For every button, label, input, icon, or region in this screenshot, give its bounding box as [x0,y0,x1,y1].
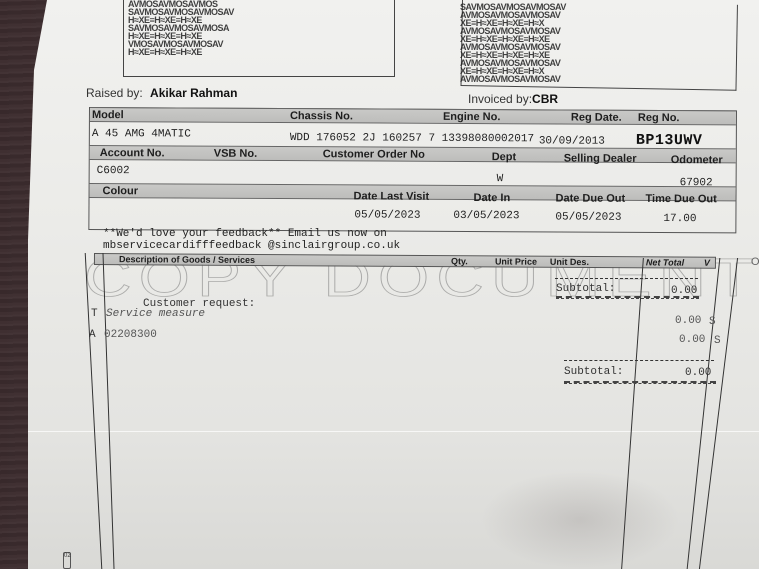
feedback-line-1: **We'd love your feedback** Email us now… [103,228,387,240]
model-value: A 45 AMG 4MATIC [92,128,191,141]
time-due-out-value: 17.00 [663,213,696,225]
header-colour: Colour [103,185,139,197]
vehicle-owner-address-redacted: SAVMOSAVMOSAVMOSAV AVMOSAVMOSAVMOSAV XE≡… [460,3,670,83]
invoiced-by: Invoiced by:CBR [468,92,558,106]
invoice-paper: AVMOSAVMOSAVMOS SAVMOSAVMOSAVMOSAV H≈XE≡… [0,0,759,569]
footer-stamp: 02 [63,552,71,569]
first-subtotal-top-rule [555,278,698,279]
header-unit-price: Unit Price [495,256,537,266]
header-vsb-no: VSB No. [214,148,257,160]
header-odometer: Odometer [671,154,723,166]
header-chassis-no: Chassis No. [290,110,353,122]
invoiced-by-value: CBR [532,92,558,106]
subtotal-value: 0.00 [685,367,711,379]
header-date-last-visit: Date Last Visit [354,190,430,202]
header-model: Model [92,109,124,121]
invoiced-by-label: Invoiced by: [468,92,532,106]
chassis-engine-value: WDD 176052 2J 160257 7 13398080002017 [290,132,534,145]
line-item-net-total: 0.00 [679,334,705,346]
line-item-type: A [89,329,96,341]
header-qty: Qty. [451,256,468,266]
header-selling-dealer: Selling Dealer [564,152,637,164]
customer-address-redacted: AVMOSAVMOSAVMOS SAVMOSAVMOSAVMOSAV H≈XE≡… [128,0,298,56]
vehicle-details-table: Model Chassis No. Engine No. Reg Date. R… [88,107,737,233]
header-dept: Dept [492,151,517,163]
header-net-total: Net Total [646,257,684,267]
dept-value: W [497,173,504,185]
vehicle-header-row-2: Account No. VSB No. Customer Order No De… [90,145,736,163]
header-unit-des: Unit Des. [550,257,589,267]
subtotal-label: Subtotal: [564,366,623,378]
reg-date-value: 30/09/2013 [539,135,605,147]
date-last-visit-value: 05/05/2023 [354,209,420,221]
line-item-vat-code: S [714,335,721,347]
vehicle-header-row-1: Model Chassis No. Engine No. Reg Date. R… [90,107,736,125]
vehicle-header-row-3: Colour Date Last Visit Date In Date Due … [90,183,736,201]
paper-fold-line [0,431,759,432]
raised-by: Raised by: Akikar Rahman [86,86,237,100]
paper-shadow [480,470,680,569]
header-reg-date: Reg Date. [571,112,622,124]
line-item-description: 02208300 [104,329,157,341]
line-item-net-total: 0.00 [675,315,701,327]
subtotal-bottom-rule [564,381,716,384]
header-date-due-out: Date Due Out [555,192,625,204]
line-item-vat-code: S [709,316,716,328]
first-subtotal-bottom-rule [556,296,699,299]
date-due-out-value: 05/05/2023 [555,211,621,223]
header-v: V [704,258,710,268]
account-no-value: C6002 [97,165,130,177]
raised-by-value: Akikar Rahman [150,86,237,100]
date-in-value: 03/05/2023 [453,210,519,222]
header-time-due-out: Time Due Out [645,193,716,205]
line-item-description: Service measure [106,308,205,320]
header-description: Description of Goods / Services [119,254,255,265]
header-account-no: Account No. [100,147,165,159]
raised-by-label: Raised by: [86,86,143,100]
header-engine-no: Engine No. [443,111,501,123]
subtotal-top-rule [564,360,714,361]
header-reg-no: Reg No. [638,112,680,124]
first-subtotal-label: Subtotal: [556,283,615,295]
header-customer-order-no: Customer Order No [323,148,425,161]
line-item-type: T [91,308,98,320]
reg-no-value: BP13UWV [636,132,703,149]
right-edge-mark: O [751,256,759,268]
header-date-in: Date In [473,192,510,204]
